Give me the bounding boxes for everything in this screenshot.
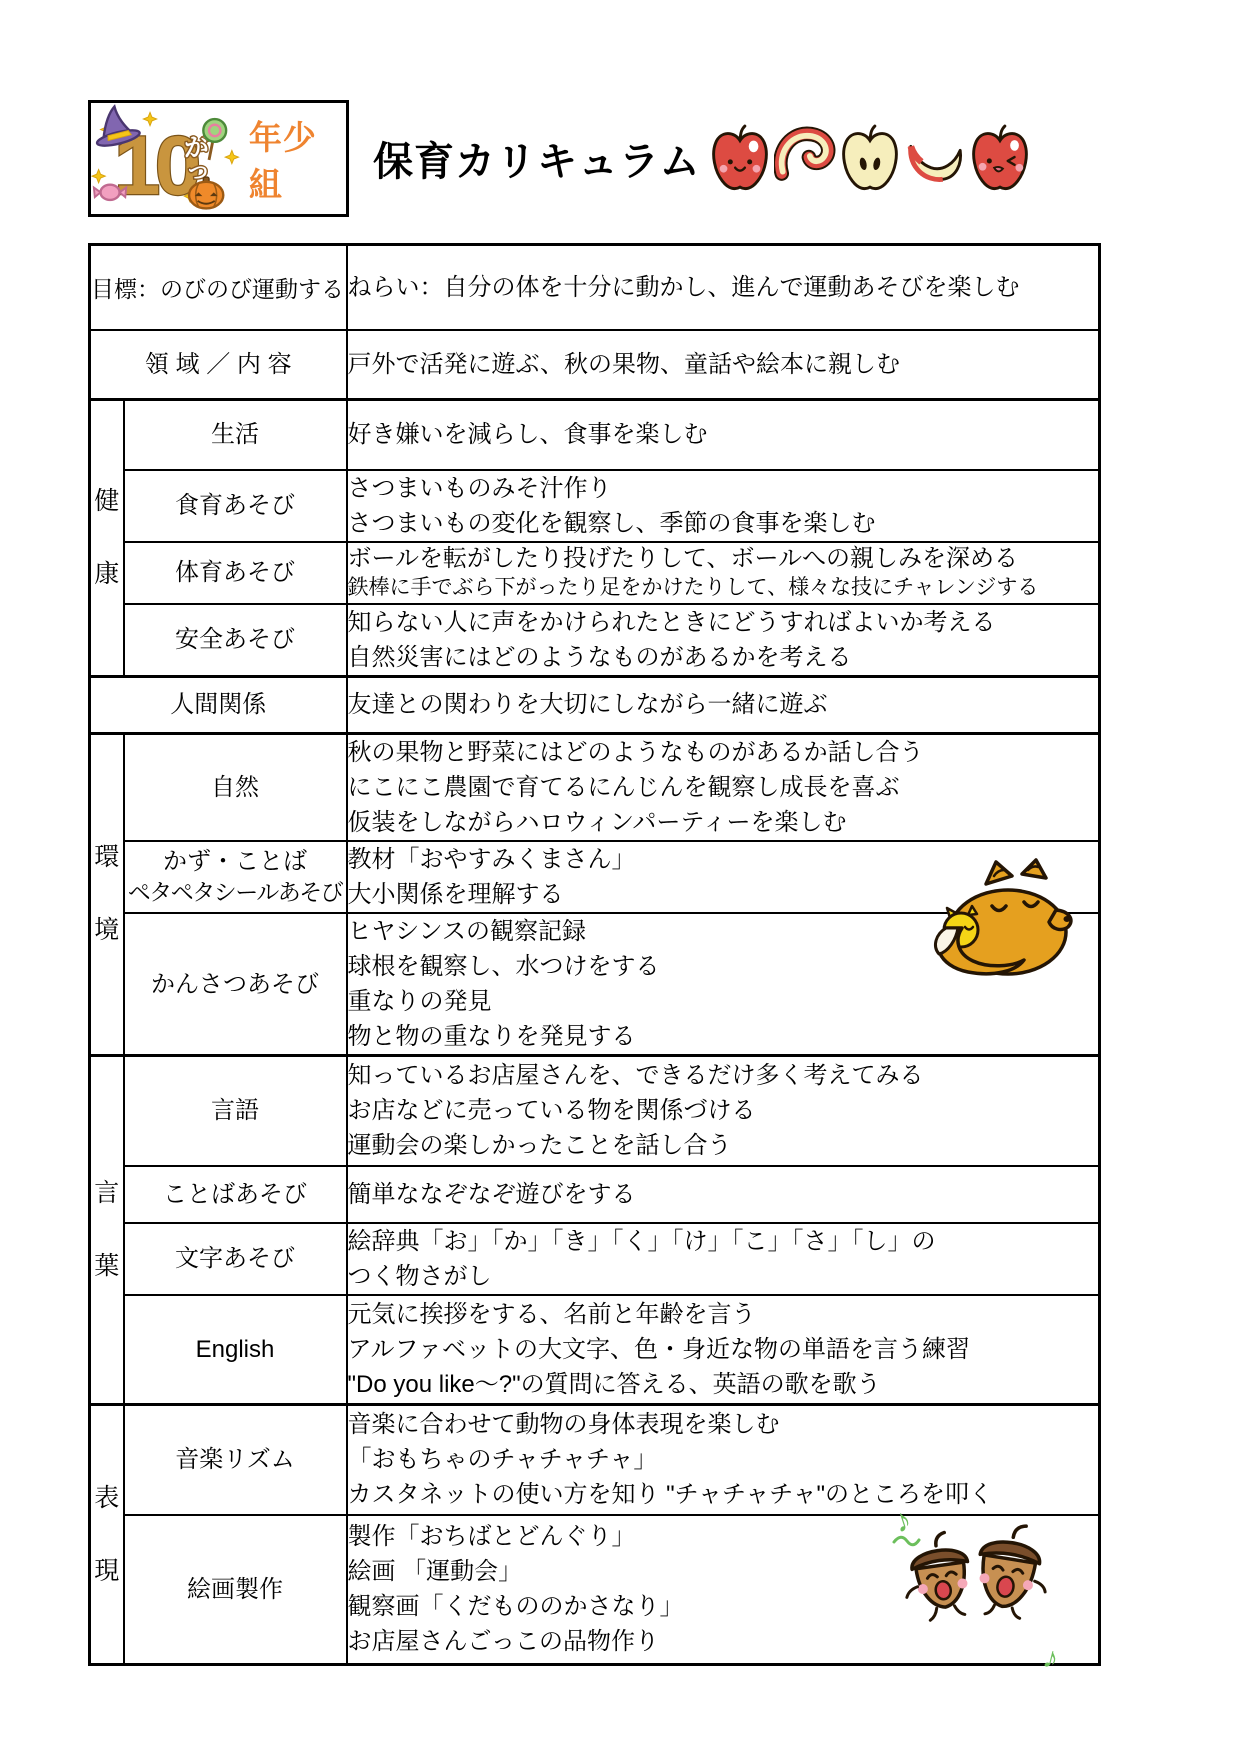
svg-text:♪: ♪ (1040, 1640, 1063, 1674)
subcategory-label-english: English (124, 1295, 347, 1405)
category-cell-language: 言 葉 (90, 1056, 124, 1405)
domain-content: 戸外で活発に遊ぶ、秋の果物、童話や絵本に親しむ (347, 330, 1100, 400)
subcategory-label: かず・ことば ペタペタシールあそび (124, 841, 347, 913)
subcategory-label: 食育あそび (124, 470, 347, 542)
apple-peel-icon (774, 122, 836, 196)
subcategory-label: ことばあそび (124, 1166, 347, 1223)
curriculum-line: 戸外で活発に遊ぶ、秋の果物、童話や絵本に親しむ (348, 347, 1099, 382)
curriculum-line: "Do you like～?"の質問に答える、英語の歌を歌う (348, 1367, 1099, 1402)
subcategory-label: 絵画製作 (124, 1515, 347, 1665)
apple-half-icon (839, 122, 901, 196)
acorn-character (971, 1520, 1055, 1623)
apple-slice-icon (904, 122, 966, 196)
curriculum-line: さつまいものみそ汁作り (348, 471, 1099, 506)
subcategory-label: かんさつあそび (124, 913, 347, 1056)
row-content: 絵辞典「お」「か」「き」「く」「け」「こ」「さ」「し」の つく物さがし (347, 1223, 1100, 1295)
curriculum-line: にこにこ農園で育てるにんじんを観察し成長を喜ぶ (348, 770, 1099, 805)
row-content: さつまいものみそ汁作り さつまいもの変化を観察し、季節の食事を楽しむ (347, 470, 1100, 542)
curriculum-line: 秋の果物と野菜にはどのようなものがあるか話し合う (348, 735, 1099, 770)
row-content: 好き嫌いを減らし、食事を楽しむ (347, 400, 1100, 470)
curriculum-line: 物と物の重なりを発見する (348, 1019, 1099, 1054)
category-label-environment: 環 境 (91, 845, 123, 943)
sleeping-fox-icon (928, 858, 1078, 988)
curriculum-line: 音楽に合わせて動物の身体表現を楽しむ (348, 1407, 1099, 1442)
page-title: 保育カリキュラム (373, 130, 701, 187)
svg-text:♪: ♪ (892, 1501, 916, 1540)
category-label-health: 健 康 (91, 489, 123, 587)
curriculum-line: 運動会の楽しかったことを話し合う (348, 1128, 1099, 1163)
curriculum-line: 知っているお店屋さんを、できるだけ多く考えてみる (348, 1058, 1099, 1093)
curriculum-line: アルファベットの大文字、色・身近な物の単語を言う練習 (348, 1332, 1099, 1367)
curriculum-line: お店などに売っている物を関係づける (348, 1093, 1099, 1128)
row-content: 元気に挨拶をする、名前と年齢を言う アルファベットの大文字、色・身近な物の単語を… (347, 1295, 1100, 1405)
curriculum-line: ボールを転がしたり投げたりして、ボールへの親しみを深める (348, 543, 1099, 574)
row-content: 知っているお店屋さんを、できるだけ多く考えてみる お店などに売っている物を関係づ… (347, 1056, 1100, 1166)
class-name: 年少組 (249, 112, 346, 206)
month-suffix-1: が (184, 135, 209, 162)
category-cell-environment: 環 境 (90, 733, 124, 1056)
subcategory-label: 体育あそび (124, 542, 347, 604)
acorn-illustration: ♪ ♪ (892, 1496, 1072, 1679)
curriculum-line: 元気に挨拶をする、名前と年齢を言う (348, 1297, 1099, 1332)
domain-label: 領 域 ／ 内 容 (90, 330, 347, 400)
curriculum-line: 「おもちゃのチャチャチャ」 (348, 1442, 1099, 1477)
category-label-language: 言 葉 (91, 1181, 123, 1279)
curriculum-line: 鉄棒に手でぶら下がったり足をかけたりして、様々な技にチャレンジする (348, 574, 1099, 602)
curriculum-line: さつまいもの変化を観察し、季節の食事を楽しむ (348, 506, 1099, 541)
subcategory-label-human-relations: 人間関係 (90, 676, 347, 733)
october-logo-icon: 10 が つ (91, 104, 251, 214)
curriculum-page: 10 が つ (0, 0, 1240, 1755)
goal-content: ねらい：自分の体を十分に動かし、進んで運動あそびを楽しむ (347, 245, 1100, 330)
fox-illustration (928, 858, 1078, 993)
month-logo-cell: 10 が つ (88, 100, 349, 217)
row-content: 簡単ななぞなぞ遊びをする (347, 1166, 1100, 1223)
page-header: 10 が つ (88, 100, 1031, 217)
curriculum-line: 簡単ななぞなぞ遊びをする (348, 1177, 1099, 1212)
subcategory-label: 安全あそび (124, 604, 347, 677)
category-label-expression: 表 現 (91, 1486, 123, 1584)
row-content: 秋の果物と野菜にはどのようなものがあるか話し合う にこにこ農園で育てるにんじんを… (347, 733, 1100, 841)
row-content: 知らない人に声をかけられたときにどうすればよいか考える 自然災害にはどのようなも… (347, 604, 1100, 677)
title-area: 保育カリキュラム (373, 122, 1031, 196)
row-content: ボールを転がしたり投げたりして、ボールへの親しみを深める 鉄棒に手でぶら下がった… (347, 542, 1100, 604)
subcategory-label: 自然 (124, 733, 347, 841)
curriculum-line: 知らない人に声をかけられたときにどうすればよいか考える (348, 605, 1099, 640)
subcategory-label: 言語 (124, 1056, 347, 1166)
singing-acorns-icon: ♪ ♪ (892, 1496, 1072, 1674)
apple-wink-icon (969, 122, 1031, 196)
curriculum-line: つく物さがし (348, 1259, 1099, 1294)
apple-icon-row (709, 122, 1031, 196)
curriculum-line: 自然災害にはどのようなものがあるかを考える (348, 640, 1099, 675)
category-cell-health: 健 康 (90, 400, 124, 677)
subcategory-label: 生活 (124, 400, 347, 470)
category-cell-expression: 表 現 (90, 1405, 124, 1665)
subcategory-label: 音楽リズム (124, 1405, 347, 1515)
curriculum-line: 友達との関わりを大切にしながら一緒に遊ぶ (348, 687, 1099, 722)
row-content: 友達との関わりを大切にしながら一緒に遊ぶ (347, 676, 1100, 733)
apple-face-icon (709, 122, 771, 196)
curriculum-line: 好き嫌いを減らし、食事を楽しむ (348, 417, 1099, 452)
curriculum-line: 絵辞典「お」「か」「き」「く」「け」「こ」「さ」「し」の (348, 1224, 1099, 1259)
goal-label: 目標：のびのび運動する (90, 245, 347, 330)
curriculum-line: 仮装をしながらハロウィンパーティーを楽しむ (348, 805, 1099, 840)
curriculum-line: ねらい：自分の体を十分に動かし、進んで運動あそびを楽しむ (348, 270, 1099, 305)
subcategory-label: 文字あそび (124, 1223, 347, 1295)
